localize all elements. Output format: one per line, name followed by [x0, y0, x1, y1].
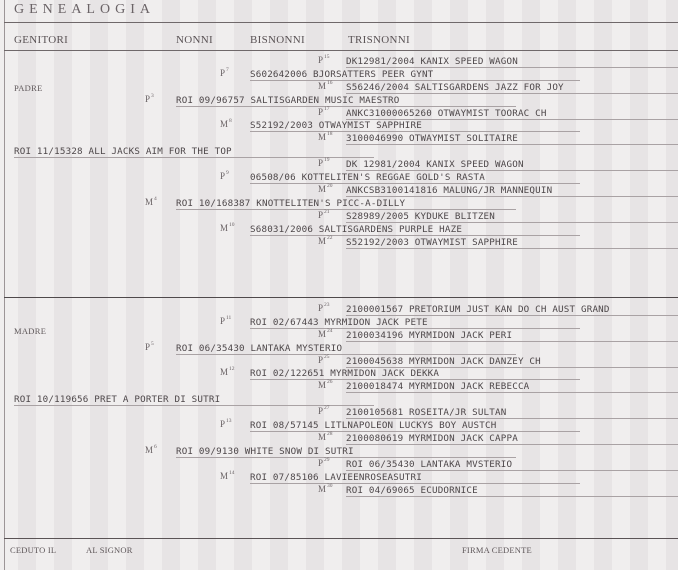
- underline: [346, 93, 678, 94]
- al-signor-label: AL SIGNOR: [86, 545, 133, 555]
- trisnonno-entry: S28989/2005 KYDUKE BLITZEN: [346, 210, 678, 223]
- trisnonno-entry: 2100080619 MYRMIDON JACK CAPPA: [346, 432, 678, 445]
- ancestor-number: 14: [229, 470, 235, 476]
- sex-marker-letter: P: [318, 406, 323, 416]
- trisnonno-entry: 2100105681 ROSEITA/JR SULTAN: [346, 406, 678, 419]
- sex-marker: M24: [318, 329, 333, 339]
- page-border: [4, 0, 5, 570]
- sex-marker-letter: M: [220, 471, 228, 481]
- bisnonno-entry: S68031/2006 SALTISGARDENS PURPLE HAZE: [250, 223, 580, 236]
- sex-marker-letter: P: [220, 171, 225, 181]
- sex-marker: M26: [318, 380, 333, 390]
- bisnonno-entry: 06508/06 KOTTELITEN'S REGGAE GOLD'S RAST…: [250, 171, 580, 184]
- trisnonno-entry: 2100034196 MYRMIDON JACK PERI: [346, 329, 678, 342]
- trisnonno-name: ROI 04/69065 ECUDORNICE: [346, 485, 478, 496]
- sex-marker-letter: M: [318, 380, 326, 390]
- sex-marker-letter: P: [145, 342, 150, 352]
- sex-marker: P9: [220, 171, 229, 181]
- padre-label: PADRE: [14, 83, 43, 93]
- trisnonno-name: ANKC31000065260 OTWAYMIST TOORAC CH: [346, 108, 547, 119]
- column-header-genitori: GENITORI: [14, 34, 68, 46]
- genitore-name: ROI 11/15328 ALL JACKS AIM FOR THE TOP: [14, 146, 232, 157]
- bisnonno-entry: ROI 08/57145 LITLNAPOLEON LUCKYS BOY AUS…: [250, 419, 580, 432]
- section-divider: [4, 297, 678, 298]
- ancestor-number: 8: [229, 118, 232, 124]
- underline: [346, 341, 678, 342]
- trisnonno-name: ANKCSB3100141816 MALUNG/JR MANNEQUIN: [346, 185, 552, 196]
- sex-marker-letter: M: [145, 197, 153, 207]
- underline: [346, 444, 678, 445]
- ancestor-number: 27: [324, 405, 330, 411]
- nonno-name: ROI 10/168387 KNOTTELITEN'S PICC-A-DILLY: [176, 198, 405, 209]
- sex-marker: P25: [318, 355, 330, 365]
- sex-marker: M4: [145, 197, 157, 207]
- genitore-entry: ROI 10/119656 PRET A PORTER DI SUTRI: [14, 393, 374, 406]
- underline: [346, 67, 678, 68]
- trisnonno-entry: 3100046990 OTWAYMIST SOLITAIRE: [346, 132, 678, 145]
- sex-marker: P21: [318, 210, 330, 220]
- underline: [346, 196, 678, 197]
- sex-marker: P29: [318, 458, 330, 468]
- sex-marker: P7: [220, 68, 229, 78]
- ancestor-number: 10: [229, 222, 235, 228]
- sex-marker: M18: [318, 132, 333, 142]
- column-header-nonni: NONNI: [176, 34, 213, 46]
- underline: [346, 144, 678, 145]
- sex-marker-letter: M: [318, 236, 326, 246]
- sex-marker-letter: M: [145, 445, 153, 455]
- trisnonno-entry: S52192/2003 OTWAYMIST SAPPHIRE: [346, 236, 678, 249]
- bisnonno-entry: ROI 02/67443 MYRMIDON JACK PETE: [250, 316, 580, 329]
- divider: [4, 22, 678, 23]
- trisnonno-entry: DK12981/2004 KANIX SPEED WAGON: [346, 55, 678, 68]
- bisnonno-entry: S602642006 BJORSATTERS PEER GYNT: [250, 68, 580, 81]
- genitore-entry: ROI 11/15328 ALL JACKS AIM FOR THE TOP: [14, 145, 374, 158]
- bisnonno-entry: S52192/2003 OTWAYMIST SAPPHIRE: [250, 119, 580, 132]
- sex-marker-letter: M: [220, 367, 228, 377]
- bisnonno-entry: ROI 07/85106 LAVIEENROSEASUTRI: [250, 471, 580, 484]
- trisnonno-entry: 2100001567 PRETORIUM JUST KAN DO CH AUST…: [346, 303, 678, 316]
- sex-marker: M22: [318, 236, 333, 246]
- ancestor-number: 11: [226, 315, 231, 321]
- sex-marker: P5: [145, 342, 154, 352]
- sex-marker-letter: P: [318, 107, 323, 117]
- ancestor-number: 24: [327, 328, 333, 334]
- sex-marker: M12: [220, 367, 235, 377]
- sex-marker: M6: [145, 445, 157, 455]
- trisnonno-name: DK 12981/2004 KANIX SPEED WAGON: [346, 159, 524, 170]
- bisnonno-entry: ROI 02/122651 MYRMIDON JACK DEKKA: [250, 367, 580, 380]
- ancestor-number: 17: [324, 106, 330, 112]
- sex-marker: P11: [220, 316, 231, 326]
- ancestor-number: 15: [324, 54, 330, 60]
- sex-marker-letter: P: [318, 210, 323, 220]
- divider: [4, 50, 678, 51]
- underline: [346, 418, 678, 419]
- sex-marker: M20: [318, 184, 333, 194]
- genealogy-document: GENEALOGIA GENITORI NONNI BISNONNI TRISN…: [0, 0, 678, 570]
- sex-marker: P3: [145, 94, 154, 104]
- underline: [346, 315, 678, 316]
- trisnonno-entry: 2100045638 MYRMIDON JACK DANZEY CH: [346, 355, 678, 368]
- nonno-entry: ROI 09/96757 SALTISGARDEN MUSIC MAESTRO: [176, 94, 516, 107]
- underline: [346, 392, 678, 393]
- sex-marker: M8: [220, 119, 232, 129]
- trisnonno-name: 2100018474 MYRMIDON JACK REBECCA: [346, 381, 529, 392]
- divider: [4, 538, 678, 539]
- madre-label: MADRE: [14, 326, 46, 336]
- ancestor-number: 5: [151, 341, 154, 347]
- bisnonno-name: ROI 07/85106 LAVIEENROSEASUTRI: [250, 472, 422, 483]
- underline: [346, 248, 678, 249]
- trisnonno-entry: ANKC31000065260 OTWAYMIST TOORAC CH: [346, 107, 678, 120]
- sex-marker-letter: P: [145, 94, 150, 104]
- sex-marker: P17: [318, 107, 330, 117]
- bisnonno-name: ROI 02/122651 MYRMIDON JACK DEKKA: [250, 368, 439, 379]
- sex-marker-letter: M: [318, 329, 326, 339]
- sex-marker-letter: M: [220, 119, 228, 129]
- sex-marker-letter: P: [318, 158, 323, 168]
- trisnonno-name: ROI 06/35430 LANTAKA MVSTERIO: [346, 459, 512, 470]
- ancestor-number: 18: [327, 131, 333, 137]
- sex-marker-letter: M: [318, 81, 326, 91]
- trisnonno-entry: ANKCSB3100141816 MALUNG/JR MANNEQUIN: [346, 184, 678, 197]
- ancestor-number: 29: [324, 457, 330, 463]
- underline: [346, 367, 678, 368]
- trisnonno-entry: ROI 06/35430 LANTAKA MVSTERIO: [346, 458, 678, 471]
- sex-marker-letter: M: [220, 223, 228, 233]
- nonno-entry: ROI 10/168387 KNOTTELITEN'S PICC-A-DILLY: [176, 197, 516, 210]
- sex-marker-letter: M: [318, 184, 326, 194]
- trisnonno-name: DK12981/2004 KANIX SPEED WAGON: [346, 56, 518, 67]
- trisnonno-name: 2100105681 ROSEITA/JR SULTAN: [346, 407, 506, 418]
- ancestor-number: 12: [229, 366, 235, 372]
- ancestor-number: 9: [226, 170, 229, 176]
- sex-marker-letter: P: [220, 316, 225, 326]
- sex-marker-letter: P: [220, 68, 225, 78]
- nonno-name: ROI 09/9130 WHITE SNOW DI SUTRI: [176, 446, 354, 457]
- ancestor-number: 21: [324, 209, 330, 215]
- ancestor-number: 20: [327, 183, 333, 189]
- sex-marker: P15: [318, 55, 330, 65]
- sex-marker-letter: P: [220, 419, 225, 429]
- ancestor-number: 6: [154, 444, 157, 450]
- bisnonno-name: ROI 02/67443 MYRMIDON JACK PETE: [250, 317, 428, 328]
- ancestor-number: 30: [327, 483, 333, 489]
- ancestor-number: 22: [327, 235, 333, 241]
- nonno-name: ROI 06/35430 LANTAKA MYSTERIO: [176, 343, 342, 354]
- column-header-bisnonni: BISNONNI: [250, 34, 305, 46]
- sex-marker: P27: [318, 406, 330, 416]
- column-header-trisnonni: TRISNONNI: [348, 34, 410, 46]
- nonno-name: ROI 09/96757 SALTISGARDEN MUSIC MAESTRO: [176, 95, 400, 106]
- bisnonno-name: S52192/2003 OTWAYMIST SAPPHIRE: [250, 120, 422, 131]
- sex-marker: M14: [220, 471, 235, 481]
- ancestor-number: 19: [324, 157, 330, 163]
- nonno-entry: ROI 09/9130 WHITE SNOW DI SUTRI: [176, 445, 516, 458]
- underline: [346, 470, 678, 471]
- trisnonno-name: 2100080619 MYRMIDON JACK CAPPA: [346, 433, 518, 444]
- sex-marker-letter: P: [318, 55, 323, 65]
- trisnonno-entry: ROI 04/69065 ECUDORNICE: [346, 484, 678, 497]
- trisnonno-entry: S56246/2004 SALTISGARDENS JAZZ FOR JOY: [346, 81, 678, 94]
- bisnonno-name: S602642006 BJORSATTERS PEER GYNT: [250, 69, 433, 80]
- ancestor-number: 28: [327, 431, 333, 437]
- firma-cedente-label: FIRMA CEDENTE: [462, 545, 532, 555]
- trisnonno-name: S56246/2004 SALTISGARDENS JAZZ FOR JOY: [346, 82, 564, 93]
- sex-marker: M30: [318, 484, 333, 494]
- sex-marker: M16: [318, 81, 333, 91]
- ancestor-number: 13: [226, 418, 232, 424]
- underline: [346, 119, 678, 120]
- ancestor-number: 4: [154, 196, 157, 202]
- trisnonno-name: 3100046990 OTWAYMIST SOLITAIRE: [346, 133, 518, 144]
- underline: [346, 222, 678, 223]
- sex-marker-letter: M: [318, 484, 326, 494]
- trisnonno-name: 2100045638 MYRMIDON JACK DANZEY CH: [346, 356, 541, 367]
- ancestor-number: 16: [327, 80, 333, 86]
- trisnonno-entry: 2100018474 MYRMIDON JACK REBECCA: [346, 380, 678, 393]
- bisnonno-name: 06508/06 KOTTELITEN'S REGGAE GOLD'S RAST…: [250, 172, 485, 183]
- trisnonno-name: S52192/2003 OTWAYMIST SAPPHIRE: [346, 237, 518, 248]
- trisnonno-entry: DK 12981/2004 KANIX SPEED WAGON: [346, 158, 678, 171]
- trisnonno-name: 2100001567 PRETORIUM JUST KAN DO CH AUST…: [346, 304, 610, 315]
- sex-marker: P19: [318, 158, 330, 168]
- ceduto-il-label: CEDUTO IL: [10, 545, 56, 555]
- ancestor-number: 26: [327, 379, 333, 385]
- sex-marker-letter: M: [318, 132, 326, 142]
- trisnonno-name: 2100034196 MYRMIDON JACK PERI: [346, 330, 512, 341]
- bisnonno-name: ROI 08/57145 LITLNAPOLEON LUCKYS BOY AUS…: [250, 420, 496, 431]
- genitore-name: ROI 10/119656 PRET A PORTER DI SUTRI: [14, 394, 220, 405]
- sex-marker: M10: [220, 223, 235, 233]
- ancestor-number: 7: [226, 67, 229, 73]
- sex-marker-letter: P: [318, 355, 323, 365]
- bisnonno-name: S68031/2006 SALTISGARDENS PURPLE HAZE: [250, 224, 462, 235]
- nonno-entry: ROI 06/35430 LANTAKA MYSTERIO: [176, 342, 516, 355]
- sex-marker-letter: M: [318, 432, 326, 442]
- underline: [346, 496, 678, 497]
- trisnonno-name: S28989/2005 KYDUKE BLITZEN: [346, 211, 495, 222]
- sex-marker-letter: P: [318, 458, 323, 468]
- underline: [346, 170, 678, 171]
- ancestor-number: 25: [324, 354, 330, 360]
- sex-marker: P23: [318, 303, 330, 313]
- ancestor-number: 23: [324, 302, 330, 308]
- sex-marker: M28: [318, 432, 333, 442]
- sex-marker: P13: [220, 419, 232, 429]
- ancestor-number: 3: [151, 93, 154, 99]
- sex-marker-letter: P: [318, 303, 323, 313]
- document-title: GENEALOGIA: [14, 2, 155, 18]
